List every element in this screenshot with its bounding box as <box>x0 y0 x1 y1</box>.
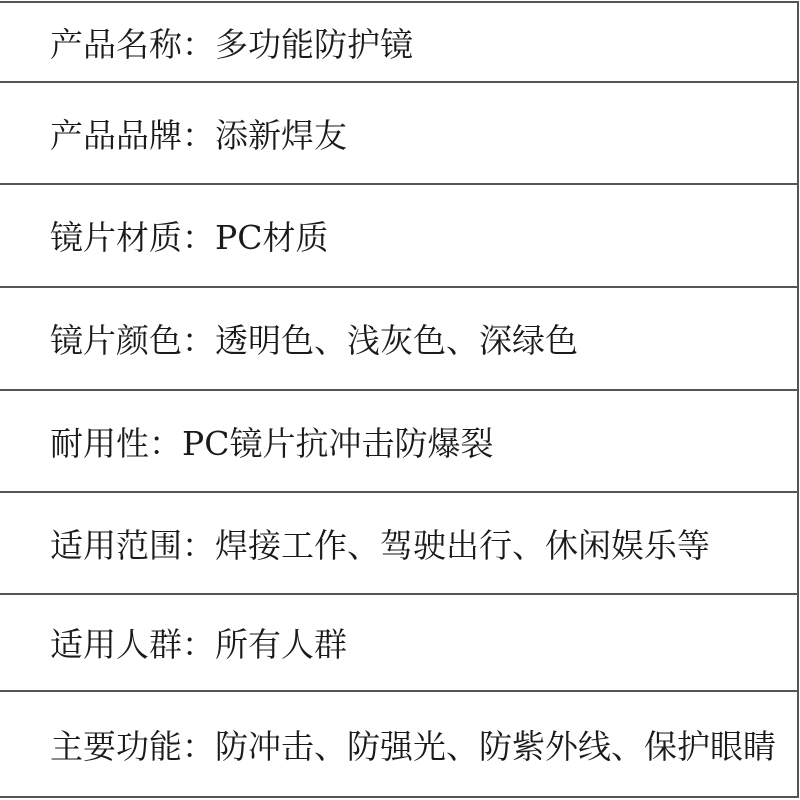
spec-row-product-name: 产品名称：多功能防护镜 <box>0 3 797 83</box>
spec-label: 镜片颜色： <box>50 315 215 362</box>
spec-row-target-users: 适用人群：所有人群 <box>0 595 797 692</box>
spec-row-main-functions: 主要功能：防冲击、防强光、防紫外线、保护眼睛 <box>0 692 797 796</box>
spec-row-brand: 产品品牌：添新焊友 <box>0 83 797 185</box>
spec-label: 适用人群： <box>50 619 215 666</box>
spec-label: 产品品牌： <box>50 110 215 157</box>
spec-value: 焊接工作、驾驶出行、休闲娱乐等 <box>215 520 710 567</box>
spec-value: 防冲击、防强光、防紫外线、保护眼睛 <box>215 721 776 768</box>
spec-label: 适用范围： <box>50 520 215 567</box>
spec-value: 添新焊友 <box>215 110 347 157</box>
spec-row-durability: 耐用性：PC镜片抗冲击防爆裂 <box>0 391 797 493</box>
spec-label: 产品名称： <box>50 19 215 66</box>
spec-label: 镜片材质： <box>50 212 215 259</box>
spec-value: PC镜片抗冲击防爆裂 <box>182 418 493 465</box>
spec-row-applicable-scope: 适用范围：焊接工作、驾驶出行、休闲娱乐等 <box>0 493 797 595</box>
spec-row-lens-material: 镜片材质：PC材质 <box>0 185 797 288</box>
spec-value: 多功能防护镜 <box>215 19 413 66</box>
spec-value: PC材质 <box>215 212 328 259</box>
spec-value: 透明色、浅灰色、深绿色 <box>215 315 578 362</box>
spec-value: 所有人群 <box>215 619 347 666</box>
spec-label: 主要功能： <box>50 721 215 768</box>
spec-label: 耐用性： <box>50 418 182 465</box>
spec-row-lens-color: 镜片颜色：透明色、浅灰色、深绿色 <box>0 288 797 391</box>
product-spec-table: 产品名称：多功能防护镜 产品品牌：添新焊友 镜片材质：PC材质 镜片颜色：透明色… <box>0 1 799 798</box>
